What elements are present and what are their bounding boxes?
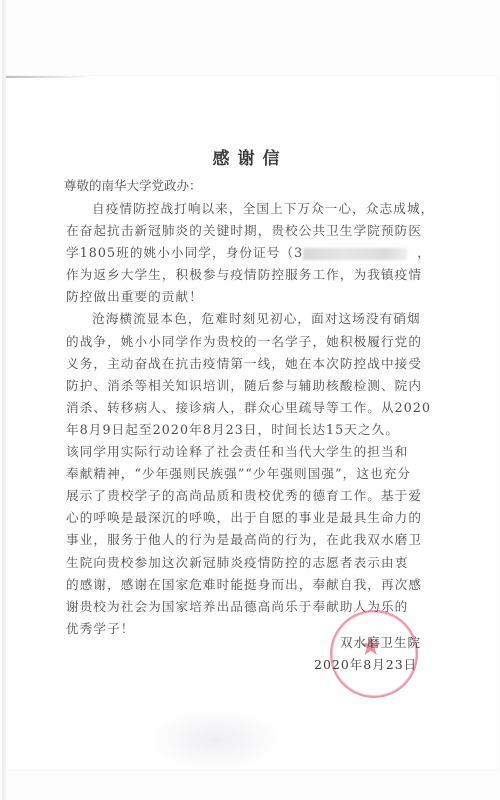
letter-body: 自疫情防控战打响以来，全国上下万众一心，众志成城， 在奋起抗击新冠肺炎的关键时期… — [66, 198, 432, 640]
signer-name: 双水磨卫生院 — [340, 633, 421, 651]
body-line: 生院向贵校参加这次新冠肺炎疫情防控的志愿者表示由衷 — [66, 552, 432, 574]
body-line: 作为返乡大学生，积极参与疫情防控服务工作，为我镇疫情 — [66, 264, 432, 286]
scan-shadow — [150, 710, 280, 770]
paper-top-edge — [6, 76, 91, 78]
body-line: 展示了贵校学子的高尚品质和贵校优秀的德育工作。基于爱 — [66, 485, 432, 507]
body-line: 消杀、转移病人、接诊病人，群众心里疏导等工作。从2020 — [66, 397, 432, 419]
body-line: 自疫情防控战打响以来，全国上下万众一心，众志成城， — [66, 198, 432, 220]
letter-date: 2020年8月23日 — [314, 655, 417, 673]
body-line-id-suffix: ， — [417, 245, 431, 260]
body-line: 年8月9日起至2020年8月23日，时间长达15天之久。 — [66, 419, 432, 441]
body-line: 心的呼唤是最深沉的呼唤，出于自愿的事业是最具生命力的 — [66, 507, 432, 529]
body-line: 该同学用实际行动诠释了社会责任和当代大学生的担当和 — [66, 441, 432, 463]
body-line: 防控做出重要的贡献！ — [66, 286, 432, 308]
body-line: 的感谢，感谢在国家危难时能挺身而出，奉献自我，再次感 — [66, 574, 432, 596]
letter-greeting: 尊敬的南华大学党政办： — [64, 176, 202, 194]
body-line-id: 学1805班的姚小小同学，身份证号（3， — [66, 242, 432, 264]
body-line: 事业，服务于他人的行为是最高尚的行为，在此我双水磨卫 — [66, 529, 432, 551]
body-line: 的战争，姚小小同学作为贵校的一名学子，她积极履行党的 — [66, 331, 432, 353]
body-line: 防护、消杀等相关知识培训，随后参与辅助核酸检测、院内 — [66, 375, 432, 397]
body-line: 在奋起抗击新冠肺炎的关键时期，贵校公共卫生学院预防医 — [66, 220, 432, 242]
body-line-id-prefix: 学1805班的姚小小同学，身份证号（3 — [66, 245, 303, 260]
body-line: 奉献精神，“少年强则民族强”“少年强则国强”，这也充分 — [66, 463, 432, 485]
body-line: 沧海横流显本色，危难时刻见初心，面对这场没有硝烟 — [66, 308, 432, 330]
redacted-id-number — [303, 248, 407, 260]
letter-title: 感谢信 — [0, 144, 500, 169]
body-line: 义务，主动奋战在抗击疫情第一线，她在本次防控战中接受 — [66, 353, 432, 375]
